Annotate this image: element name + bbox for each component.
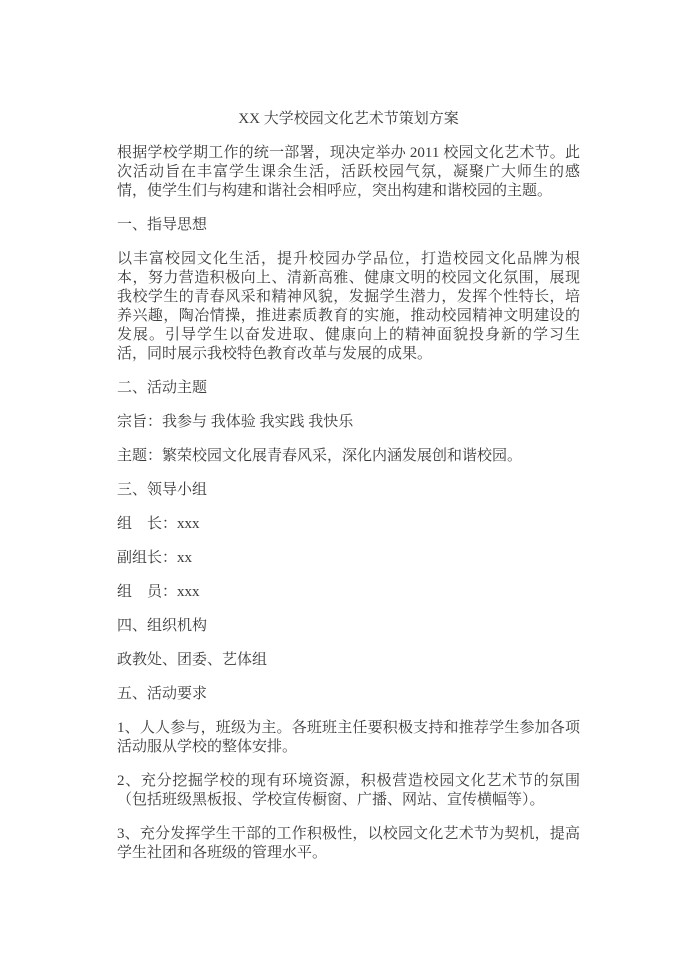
document-title: XX 大学校园文化艺术节策划方案	[117, 110, 580, 129]
requirement-item-3: 3、充分发挥学生干部的工作积极性，以校园文化艺术节为契机，提高学生社团和各班级的…	[117, 825, 580, 863]
section-heading-4: 四、组织机构	[117, 617, 580, 636]
section-heading-1: 一、指导思想	[117, 216, 580, 235]
purpose-line: 宗旨：我参与 我体验 我实践 我快乐	[117, 413, 580, 432]
requirement-item-2: 2、充分挖掘学校的现有环境资源，积极营造校园文化艺术节的氛围（包括班级黑板报、学…	[117, 772, 580, 810]
intro-paragraph: 根据学校学期工作的统一部署，现决定举办 2011 校园文化艺术节。此次活动旨在丰…	[117, 144, 580, 201]
requirement-item-1: 1、人人参与，班级为主。各班班主任要积极支持和推荐学生参加各项活动服从学校的整体…	[117, 719, 580, 757]
section-heading-5: 五、活动要求	[117, 685, 580, 704]
section-heading-3: 三、领导小组	[117, 481, 580, 500]
group-members-line: 组 员：xxx	[117, 583, 580, 602]
guiding-ideology-paragraph: 以丰富校园文化生活，提升校园办学品位，打造校园文化品牌为根本，努力营造积极向上、…	[117, 250, 580, 364]
section-heading-2: 二、活动主题	[117, 379, 580, 398]
group-leader-line: 组 长：xxx	[117, 515, 580, 534]
document-page: XX 大学校园文化艺术节策划方案 根据学校学期工作的统一部署，现决定举办 201…	[0, 0, 690, 976]
organization-line: 政教处、团委、艺体组	[117, 651, 580, 670]
theme-line: 主题：繁荣校园文化展青春风采，深化内涵发展创和谐校园。	[117, 447, 580, 466]
deputy-leader-line: 副组长：xx	[117, 549, 580, 568]
